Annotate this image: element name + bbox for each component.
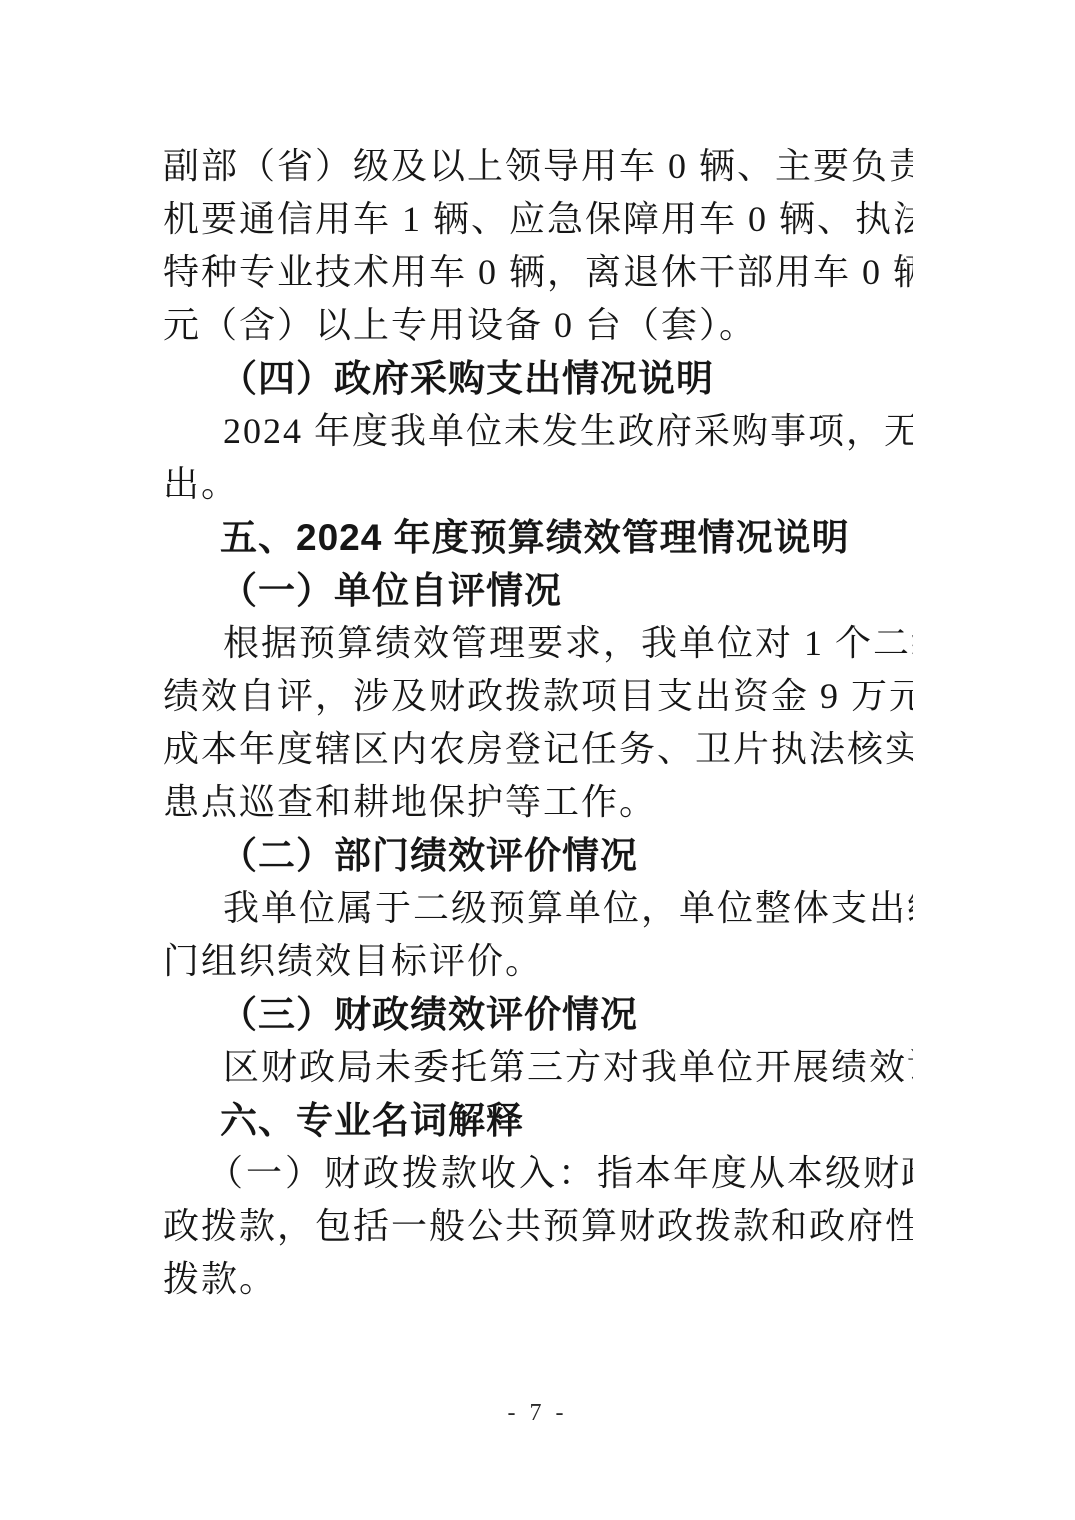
heading-self-evaluation: （一）单位自评情况 bbox=[163, 564, 913, 617]
body-line: 元（含）以上专用设备 0 台（套）。 bbox=[163, 299, 913, 352]
page-number: - 7 - bbox=[0, 1398, 1075, 1428]
body-line: 绩效自评，涉及财政拨款项目支出资金 9 万元。该项目已完 bbox=[163, 670, 913, 723]
body-line: 根据预算绩效管理要求，我单位对 1 个二级项目开展了 bbox=[163, 617, 913, 670]
body-line: 患点巡查和耕地保护等工作。 bbox=[163, 776, 913, 829]
body-line: 门组织绩效目标评价。 bbox=[163, 935, 913, 988]
term-definition-start: 指本年度从本级财政部门取得的财 bbox=[597, 1153, 913, 1193]
body-line: 特种专业技术用车 0 辆，离退休干部用车 0 辆。单价 100 万 bbox=[163, 246, 913, 299]
body-line: 2024 年度我单位未发生政府采购事项，无相关经费支 bbox=[163, 405, 913, 458]
heading-gov-procurement: （四）政府采购支出情况说明 bbox=[163, 352, 913, 405]
heading-dept-evaluation: （二）部门绩效评价情况 bbox=[163, 829, 913, 882]
body-line: 拨款。 bbox=[163, 1253, 913, 1306]
body-line: 我单位属于二级预算单位，单位整体支出绩效目标由部 bbox=[163, 882, 913, 935]
body-line: 政拨款，包括一般公共预算财政拨款和政府性基金预算财政 bbox=[163, 1200, 913, 1253]
body-line: 副部（省）级及以上领导用车 0 辆、主要负责人用车 0 辆、 bbox=[163, 140, 913, 193]
term-name: （一）财政拨款收入： bbox=[207, 1153, 597, 1193]
body-line: 区财政局未委托第三方对我单位开展绩效评价。 bbox=[163, 1041, 913, 1094]
heading-budget-performance: 五、2024 年度预算绩效管理情况说明 bbox=[163, 511, 913, 564]
document-page: 副部（省）级及以上领导用车 0 辆、主要负责人用车 0 辆、 机要通信用车 1 … bbox=[0, 0, 1075, 1520]
body-line: 机要通信用车 1 辆、应急保障用车 0 辆、执法执勤用车 0 辆， bbox=[163, 193, 913, 246]
document-body: 副部（省）级及以上领导用车 0 辆、主要负责人用车 0 辆、 机要通信用车 1 … bbox=[163, 140, 913, 1306]
heading-fiscal-evaluation: （三）财政绩效评价情况 bbox=[163, 988, 913, 1041]
body-line: 成本年度辖区内农房登记任务、卫片执法核实、地质灾害隐 bbox=[163, 723, 913, 776]
body-line: 出。 bbox=[163, 458, 913, 511]
heading-glossary: 六、专业名词解释 bbox=[163, 1094, 913, 1147]
body-line: （一）财政拨款收入：指本年度从本级财政部门取得的财 bbox=[163, 1147, 913, 1200]
